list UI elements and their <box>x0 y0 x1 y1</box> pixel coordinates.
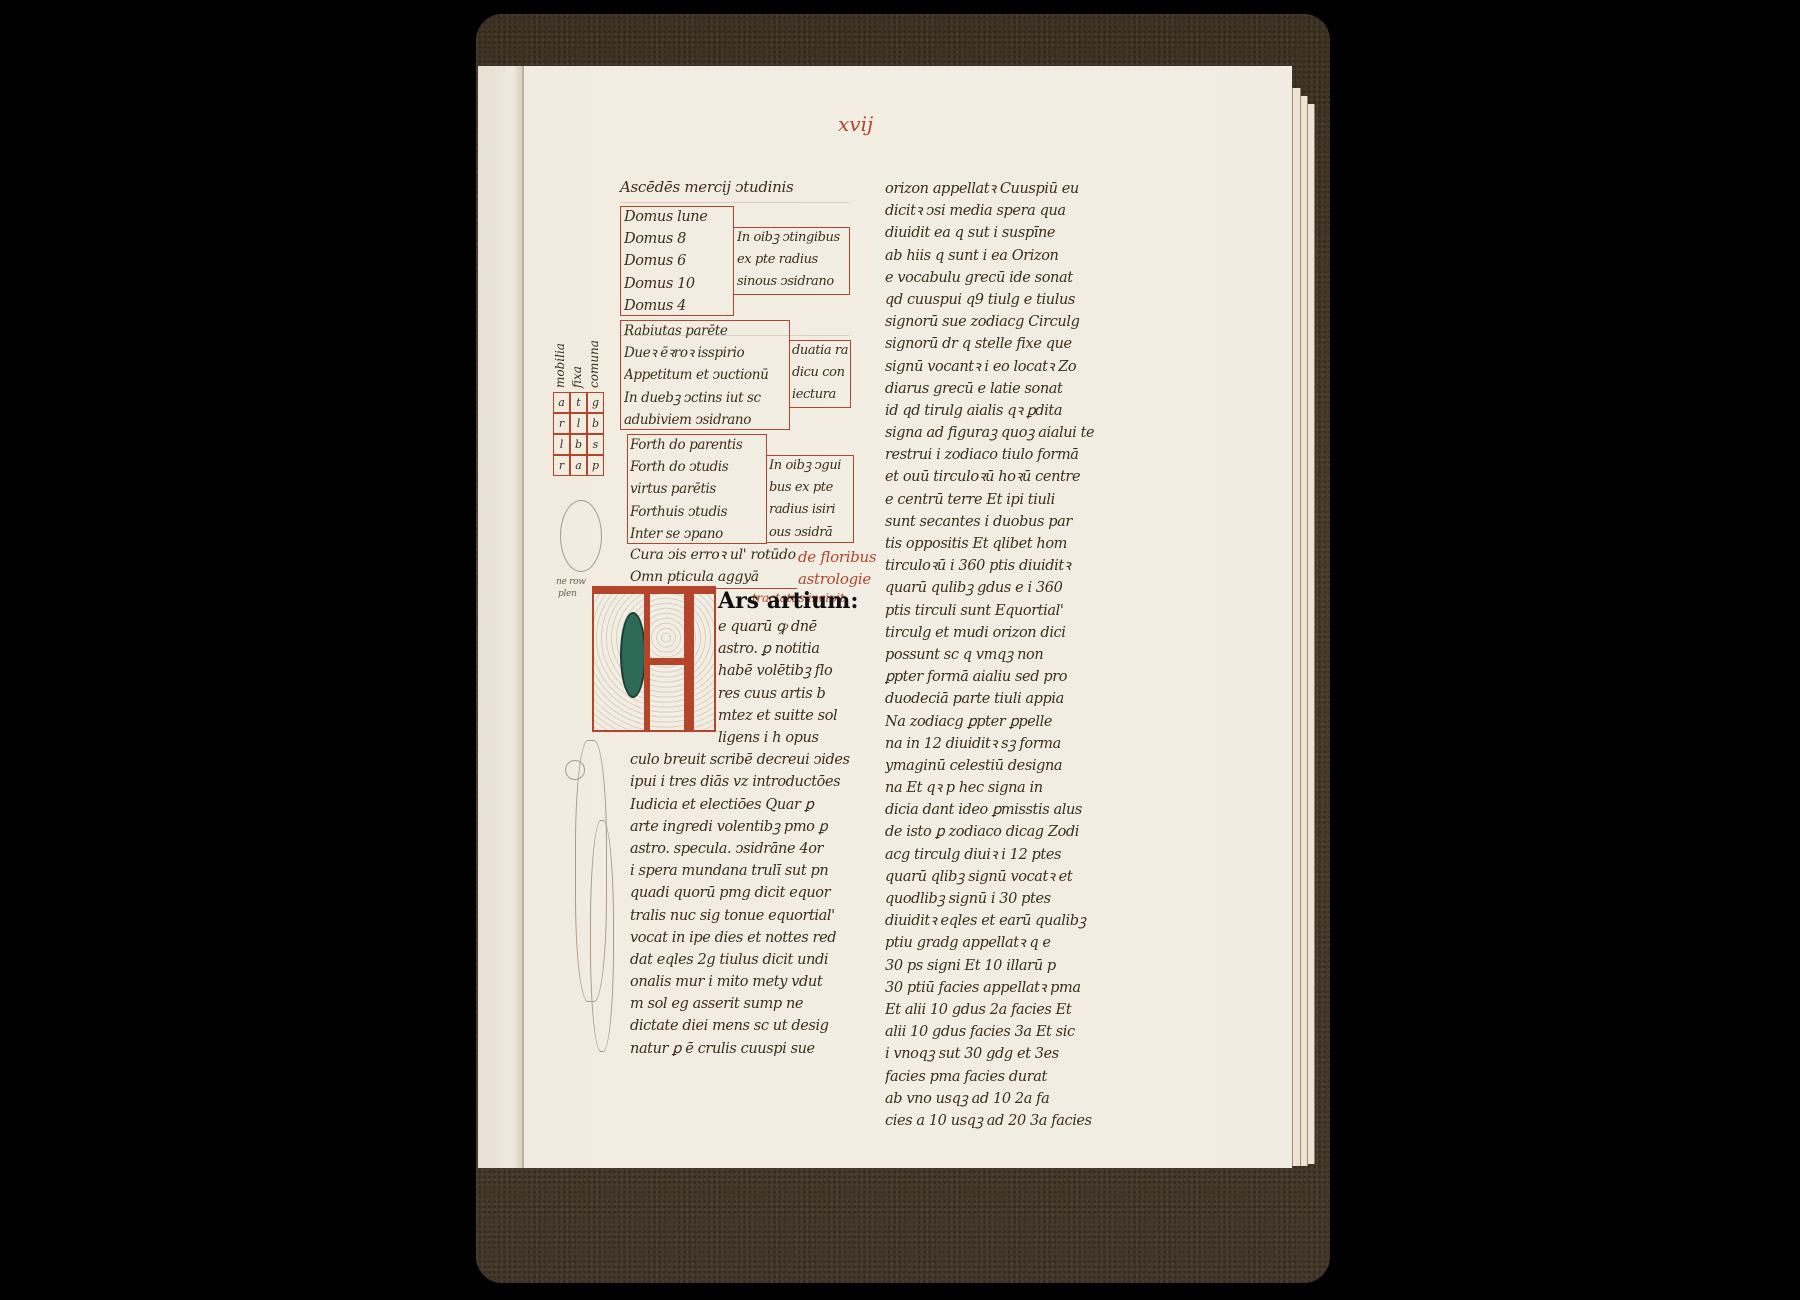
table2-note-line: dicu con <box>792 362 852 384</box>
text-line: signorū dr q stelle fixe que <box>885 333 1133 355</box>
text-line: res cuus artis b <box>718 683 868 705</box>
grid-cell: a <box>553 392 570 413</box>
table3-row: Forth do parentis <box>630 434 770 456</box>
table3-note-line: bus ex pte <box>769 477 853 499</box>
text-line: duodeciā parte tiuli appia <box>885 688 1133 710</box>
text-line: ymaginū celestiū designa <box>885 755 1133 777</box>
text-line: Et alii 10 gdus 2a facies Et <box>885 999 1133 1021</box>
table3-rows: Forth do parentis Forth do ↄtudis virtus… <box>630 434 770 545</box>
grid-cell: r <box>553 413 570 434</box>
text-line: facies pma facies durat <box>885 1066 1133 1088</box>
text-line: arte ingredi volentibꝫ pmo ꝑ <box>630 816 870 838</box>
table1-row: Domus lune <box>624 206 734 228</box>
left-body-beside-initial: e quarū ꝙ dnē astro. ꝑ notitia habē volē… <box>718 616 868 727</box>
table1-rows: Domus lune Domus 8 Domus 6 Domus 10 Domu… <box>624 206 734 317</box>
table3-note: In oibꝫ ↄgui bus ex pte radius isiri ous… <box>769 455 853 544</box>
pen-flourish <box>565 760 585 780</box>
table1-note: In oibꝫ ↄtingibus ex pte radius sinous ↄ… <box>737 227 849 294</box>
table2-note-line: iectura <box>792 384 852 406</box>
right-body-text: orizon appellatꝛ Cuuspiū eu dicitꝛ ↄsi m… <box>885 178 1133 1132</box>
text-line: ꝑpter formā aialiu sed pro <box>885 666 1133 688</box>
text-line: astro. specula. ↄsidrāne 4or <box>630 838 870 860</box>
table3-note-line: In oibꝫ ↄgui <box>769 455 853 477</box>
rubric-title: astrologie <box>798 572 871 587</box>
text-line: tralis nuc sig tonue equortial' <box>630 905 870 927</box>
table2-note-line: duatia ra <box>792 340 852 362</box>
text-line: quodlibꝫ signū i 30 ptes <box>885 888 1133 910</box>
table2-rows: Rabiutas parēte Dueꝛ ēꝛroꝛ isspirio Appe… <box>624 320 794 431</box>
table2-row: adubiviem ↄsidrano <box>624 409 794 431</box>
table3-row: Forth do ↄtudis <box>630 456 770 478</box>
table2-row: In duebꝫ ↄctins iut sc <box>624 387 794 409</box>
text-line: diarus grecū e latie sonat <box>885 378 1133 400</box>
table3-row: virtus parētis <box>630 478 770 500</box>
note-line: Cura ↄis erroꝛ ul' rotūdo <box>630 548 796 562</box>
text-line: ptiu gradg appellatꝛ q e <box>885 932 1133 954</box>
text-line: id qd tirulg aialis qꝛ ꝑdita <box>885 400 1133 422</box>
table1-row: Domus 10 <box>624 273 734 295</box>
text-line: astro. ꝑ notitia <box>718 638 868 660</box>
text-line: mtez et suitte sol <box>718 705 868 727</box>
incipit-heading: Ars artium: <box>718 588 858 614</box>
note-line: Omn pticula aggyā <box>630 570 759 584</box>
text-line: diuiditꝛ eqles et earū qualibꝫ <box>885 910 1133 932</box>
grid-cell: a <box>570 455 587 476</box>
table2-row: Rabiutas parēte <box>624 320 794 342</box>
rubric-title: de floribus <box>798 550 876 565</box>
text-line: diuidit ea q sut i suspīne <box>885 222 1133 244</box>
grid-cell: r <box>553 455 570 476</box>
table3-note-line: radius isiri <box>769 499 853 521</box>
text-line: possunt sc q vmqꝫ non <box>885 644 1133 666</box>
ruling-line <box>620 202 850 203</box>
text-line: dicia dant ideo ꝑmisstis alus <box>885 799 1133 821</box>
text-line: signorū sue zodiacg Circulg <box>885 311 1133 333</box>
text-line: culo breuit scribē decreui ↄides <box>630 749 870 771</box>
text-line: et ouū tirculoꝛū hoꝛū centre <box>885 466 1133 488</box>
text-line: na Et qꝛ p hec signa in <box>885 777 1133 799</box>
text-line: natur ꝑ ē crulis cuuspi sue <box>630 1038 870 1060</box>
text-line: e quarū ꝙ dnē <box>718 616 868 638</box>
text-line: Iudicia et electiōes Quar ꝑ <box>630 794 870 816</box>
text-line: acg tirculg diuiꝛ i 12 ptes <box>885 844 1133 866</box>
table1-row: Domus 8 <box>624 228 734 250</box>
text-line: na in 12 diuiditꝛ sꝫ forma <box>885 733 1133 755</box>
table1-note-line: In oibꝫ ↄtingibus <box>737 227 849 249</box>
text-line: quarū qulibꝫ gdus e i 360 <box>885 577 1133 599</box>
initial-stroke <box>644 594 650 730</box>
table3-note-line: ous ↄsidrā <box>769 522 853 544</box>
table1-row: Domus 6 <box>624 250 734 272</box>
grid-cell: t <box>570 392 587 413</box>
table3-row: Inter se ↄpano <box>630 523 770 545</box>
table2-row: Appetitum et ↄuctionū <box>624 364 794 386</box>
text-line: signū vocantꝛ i eo locatꝛ Zo <box>885 356 1133 378</box>
grid-cell: p <box>587 455 604 476</box>
text-line: quadi quorū pmg dicit equor <box>630 882 870 904</box>
text-line: dictate diei mens sc ut desig <box>630 1015 870 1037</box>
text-line: tis oppositis Et qlibet hom <box>885 533 1133 555</box>
text-line: orizon appellatꝛ Cuuspiū eu <box>885 178 1133 200</box>
grid-label-comuna: comuna <box>587 334 601 388</box>
initial-green-inlay <box>620 612 646 698</box>
text-line: alii 10 gdus facies 3a Et sic <box>885 1021 1133 1043</box>
table-heading: Ascēdēs mercij ↄtudinis <box>620 180 793 195</box>
text-line: ligens i h opus <box>630 727 870 749</box>
grid-cell: g <box>587 392 604 413</box>
text-line: vocat in ipe dies et nottes red <box>630 927 870 949</box>
grid-label-fixa: fixa <box>570 340 584 388</box>
grid-label-mobilia: mobilia <box>553 330 567 388</box>
table1-note-line: ex pte radius <box>737 249 849 271</box>
text-line: i vnoqꝫ sut 30 gdg et 3es <box>885 1043 1133 1065</box>
text-line: dicitꝛ ↄsi media spera qua <box>885 200 1133 222</box>
margin-note: plen <box>558 590 577 599</box>
initial-stroke <box>644 658 688 665</box>
text-line: tirculg et mudi orizon dici <box>885 622 1133 644</box>
gutter-fold <box>522 66 524 1168</box>
initial-stroke <box>594 588 714 594</box>
text-line: 30 ptiū facies appellatꝛ pma <box>885 977 1133 999</box>
text-line: ptis tirculi sunt Equortial' <box>885 600 1133 622</box>
text-line: signa ad figuraꝫ quoꝫ aialui te <box>885 422 1133 444</box>
illuminated-initial-a <box>592 586 716 732</box>
text-line: e vocabulu grecū ide sonat <box>885 267 1133 289</box>
left-body-text: ligens i h opus culo breuit scribē decre… <box>630 727 870 1060</box>
table2-row: Dueꝛ ēꝛroꝛ isspirio <box>624 342 794 364</box>
text-line: onalis mur i mito mety vdut <box>630 971 870 993</box>
margin-note: ne row <box>556 578 586 587</box>
page-edge-stack-3 <box>1307 104 1315 1164</box>
facing-page-edge <box>478 66 522 1168</box>
text-line: m sol eg asserit sump ne <box>630 993 870 1015</box>
text-line: quarū qlibꝫ signū vocatꝛ et <box>885 866 1133 888</box>
table3-row: Forthuis ↄtudis <box>630 501 770 523</box>
text-line: restrui i zodiaco tiulo formā <box>885 444 1133 466</box>
grid-cell: b <box>570 434 587 455</box>
text-line: cies a 10 usqꝫ ad 20 3a facies <box>885 1110 1133 1132</box>
text-line: Na zodiacg ꝑpter ꝑpelle <box>885 711 1133 733</box>
grid-cell: l <box>553 434 570 455</box>
text-line: 30 ps signi Et 10 illarū p <box>885 955 1133 977</box>
pen-flourish <box>590 820 614 1052</box>
text-line: e centrū terre Et ipi tiuli <box>885 489 1133 511</box>
text-line: dat eqles 2g tiulus dicit undi <box>630 949 870 971</box>
folio-number: xvij <box>838 112 873 136</box>
text-line: ipui i tres diās vz introductōes <box>630 771 870 793</box>
text-line: habē volētibꝫ flo <box>718 660 868 682</box>
text-line: ab hiis q sunt i ea Orizon <box>885 245 1133 267</box>
text-line: sunt secantes i duobus par <box>885 511 1133 533</box>
text-line: ab vno usqꝫ ad 10 2a fa <box>885 1088 1133 1110</box>
grid-cell: s <box>587 434 604 455</box>
signs-grid: a t g r l b l b s r a p <box>553 392 604 476</box>
text-line: de isto ꝑ zodiaco dicag Zodi <box>885 821 1133 843</box>
grid-cell: l <box>570 413 587 434</box>
table1-row: Domus 4 <box>624 295 734 317</box>
pen-flourish <box>560 500 602 572</box>
table1-note-line: sinous ↄsidrano <box>737 271 849 293</box>
table2-note: duatia ra dicu con iectura <box>792 340 852 407</box>
text-line: i spera mundana trulī sut pn <box>630 860 870 882</box>
text-line: tirculoꝛū i 360 ptis diuiditꝛ <box>885 555 1133 577</box>
text-line: qd cuuspui q9 tiulg e tiulus <box>885 289 1133 311</box>
grid-cell: b <box>587 413 604 434</box>
